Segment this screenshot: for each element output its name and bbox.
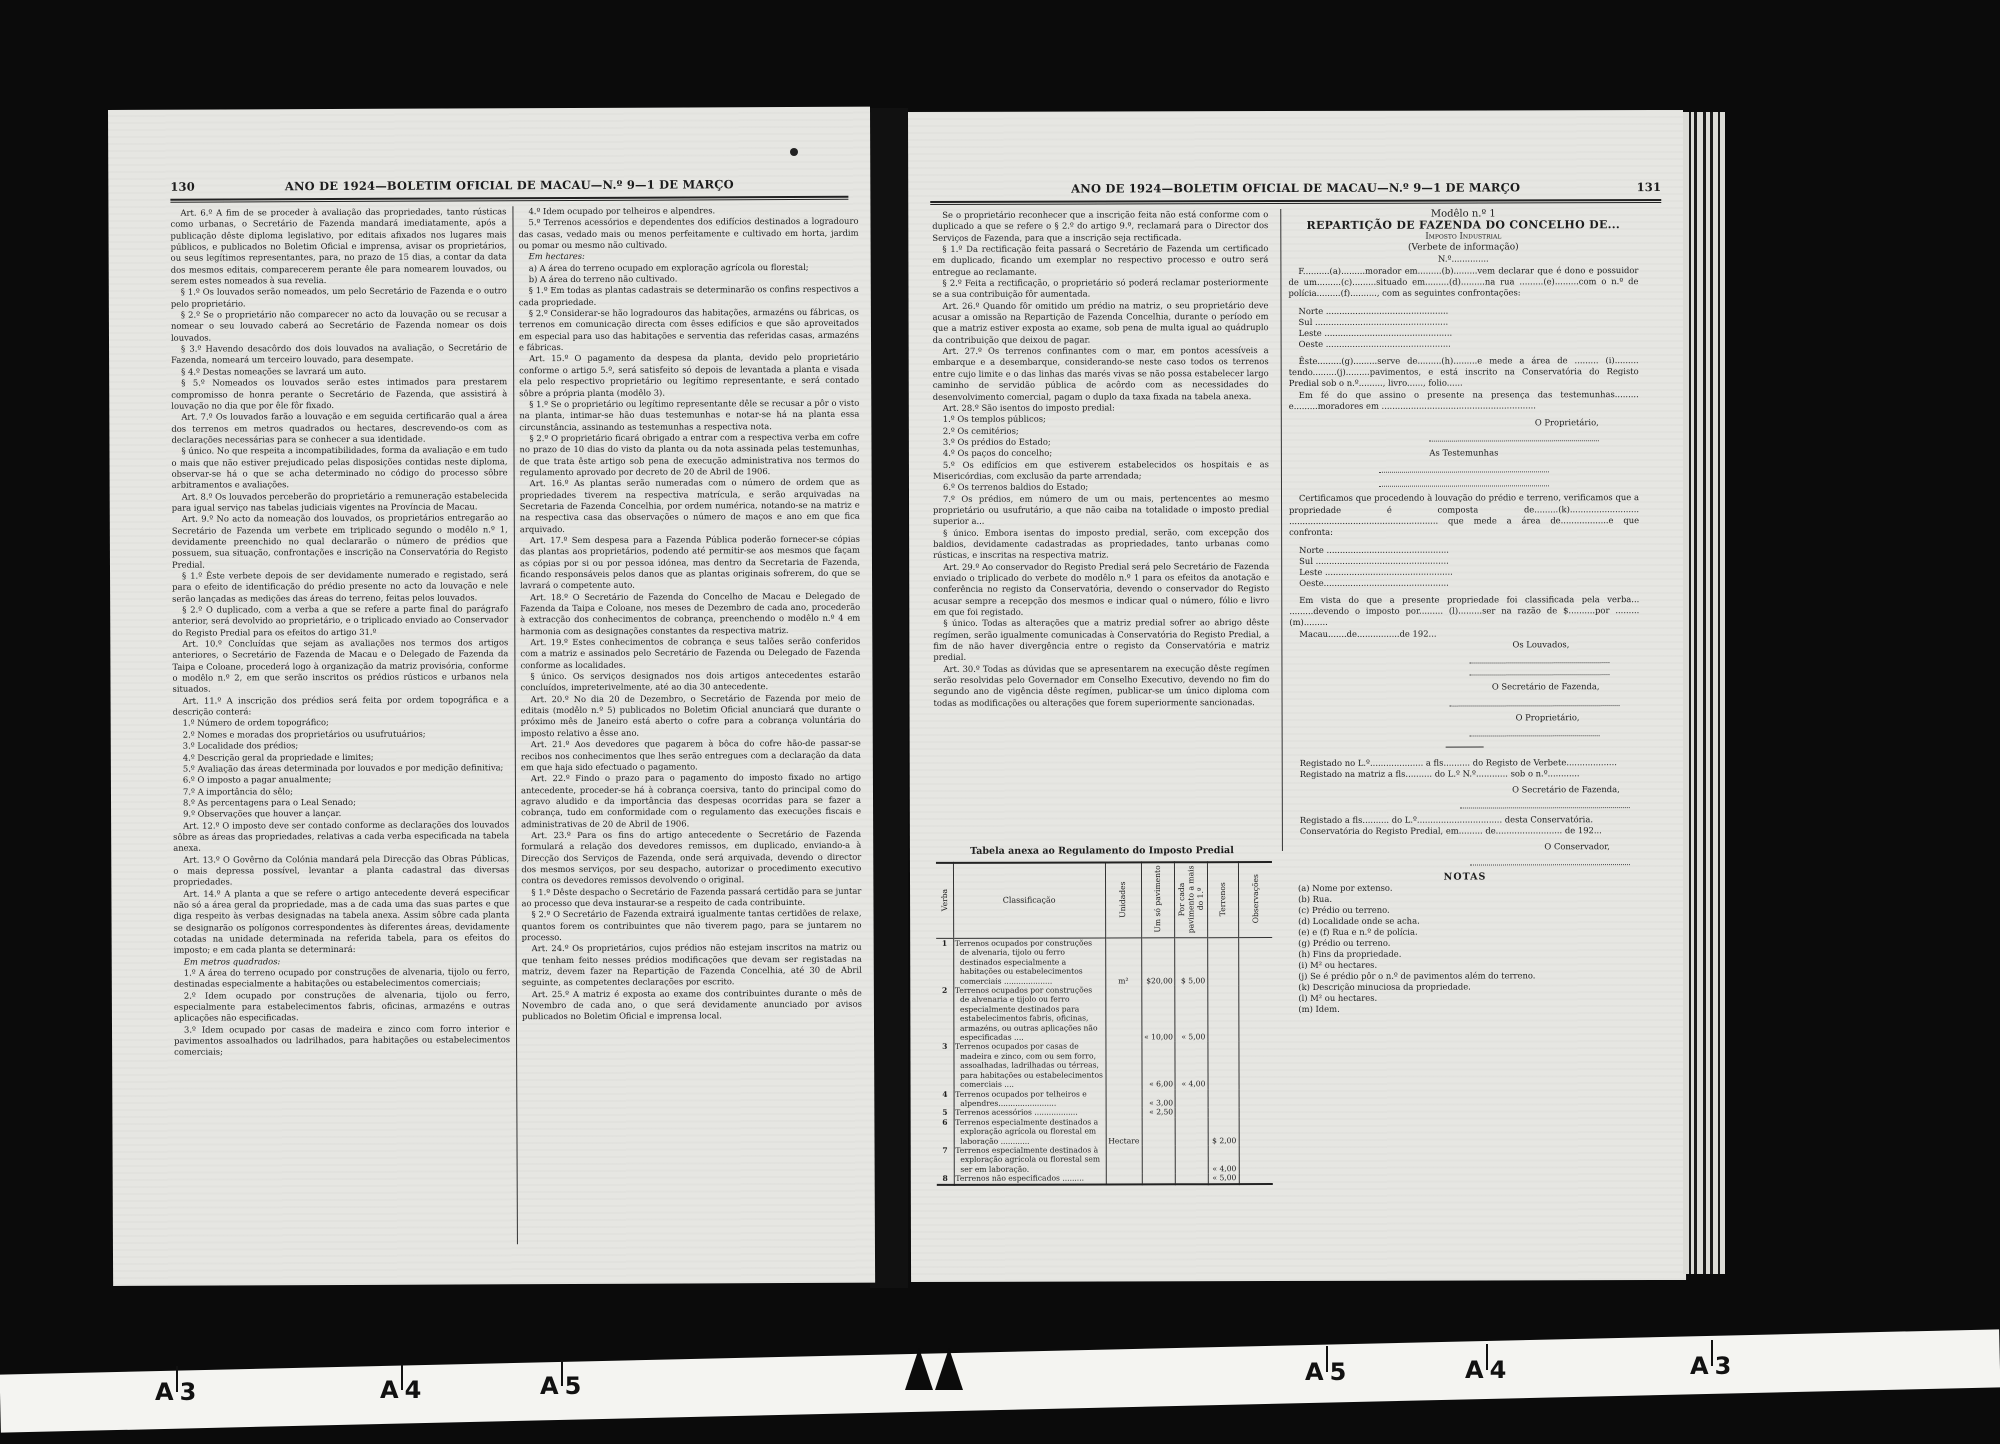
table-cell-um_so bbox=[1142, 1173, 1176, 1183]
table-cell-unidades bbox=[1106, 1042, 1142, 1089]
witnesses-label: As Testemunhas bbox=[1289, 447, 1639, 459]
signature-line bbox=[1469, 653, 1609, 663]
paragraph: Art. 10.º Concluídas que sejam as avalia… bbox=[172, 637, 508, 695]
ink-spot bbox=[790, 148, 798, 156]
frame-marker: A5 bbox=[540, 1372, 581, 1400]
table-cell-classificacao: Terrenos especialmente destinados a expl… bbox=[954, 1117, 1106, 1146]
table-cell-obs bbox=[1239, 1089, 1273, 1108]
signature-line bbox=[1460, 798, 1630, 808]
table-cell-por_cada bbox=[1176, 1173, 1208, 1183]
form-registration: Registado no L.º.................... a f… bbox=[1290, 757, 1640, 769]
table-cell-terrenos bbox=[1208, 1107, 1239, 1116]
list-item: Oeste...................................… bbox=[1299, 577, 1639, 589]
frame-notch-left bbox=[905, 1348, 933, 1390]
paragraph: 2.º Idem ocupado por construções de alve… bbox=[174, 989, 510, 1024]
table-cell-unidades: Hectare bbox=[1106, 1117, 1142, 1145]
form-paragraph: Em fé do que assino o presente na presen… bbox=[1289, 389, 1639, 413]
form-registration: Registado a fls.......... do L.º........… bbox=[1290, 814, 1640, 826]
table-row: 1Terrenos ocupados por construções de al… bbox=[936, 938, 1272, 986]
list-item: (b) Rua. bbox=[1298, 893, 1640, 905]
signature-line bbox=[1470, 855, 1630, 865]
paragraph: § 1.º Em todas as plantas cadastrais se … bbox=[519, 284, 859, 308]
list-item: (e) e (f) Rua e n.º de polícia. bbox=[1298, 926, 1640, 938]
table-cell-terrenos bbox=[1208, 1089, 1239, 1108]
table-cell-um_so bbox=[1142, 1117, 1176, 1145]
table-cell-um_so: « 2,50 bbox=[1142, 1108, 1176, 1117]
paragraph: Art. 9.º No acto da nomeação dos louvado… bbox=[172, 513, 508, 571]
paragraph: § único. No que respeita a incompatibili… bbox=[171, 444, 507, 491]
page-number: 131 bbox=[1637, 180, 1662, 194]
list-item: Sul ....................................… bbox=[1299, 316, 1639, 328]
form-tax-type: Imposto Industrial bbox=[1288, 231, 1638, 243]
paragraph: Art. 23.º Para os fins do artigo anteced… bbox=[521, 829, 861, 887]
table-cell-classificacao: Terrenos não especificados ......... bbox=[954, 1174, 1106, 1185]
paragraph: Art. 21.º Aos devedores que pagarem à bô… bbox=[521, 738, 861, 774]
table-title: Tabela anexa ao Regulamento do Imposto P… bbox=[934, 845, 1270, 857]
table-cell-classificacao: Terrenos especialmente destinados à expl… bbox=[954, 1145, 1106, 1174]
frame-marker: A3 bbox=[155, 1378, 196, 1406]
list-item: Sul ....................................… bbox=[1299, 555, 1639, 567]
table-cell-por_cada bbox=[1176, 1108, 1208, 1117]
table-cell-por_cada bbox=[1176, 1089, 1208, 1108]
signature-owner-2: O Proprietário, bbox=[1290, 712, 1640, 724]
table-header: Um só pavimento bbox=[1141, 862, 1175, 938]
table-cell-obs bbox=[1239, 1107, 1273, 1116]
table-cell-verba: 8 bbox=[937, 1174, 954, 1184]
form-certify: Certificamos que procedendo à louvação d… bbox=[1289, 492, 1639, 538]
paragraph: § único. Os serviços designados nos dois… bbox=[520, 670, 860, 694]
column-divider bbox=[512, 206, 518, 1244]
table-cell-unidades bbox=[1106, 1174, 1142, 1185]
table-cell-verba: 2 bbox=[936, 986, 953, 1042]
paragraph: § 1.º Dêste despacho o Secretário de Faz… bbox=[521, 885, 861, 909]
paragraph: Art. 15.º O pagamento da despesa da plan… bbox=[519, 352, 859, 399]
paragraph: Art. 11.º A inscrição dos prédios será f… bbox=[173, 694, 509, 718]
table-cell-obs bbox=[1239, 1042, 1273, 1089]
table-cell-por_cada: « 4,00 bbox=[1175, 1042, 1208, 1089]
paragraph: § 1.º Êste verbete depois de ser devidam… bbox=[172, 569, 508, 604]
table-header: Verba bbox=[936, 863, 953, 939]
table-cell-unidades bbox=[1105, 985, 1141, 1042]
paragraph: 3.º Os prédios do Estado; bbox=[933, 436, 1269, 448]
paragraph: 3.º Idem ocupado por casas de madeira e … bbox=[174, 1023, 510, 1058]
table-cell-obs bbox=[1239, 1173, 1273, 1183]
paragraph: Art. 30.º Todas as dúvidas que se aprese… bbox=[933, 663, 1269, 709]
notes-list: (a) Nome por extenso.(b) Rua.(c) Prédio … bbox=[1298, 882, 1640, 1015]
table-cell-um_so: $20,00 bbox=[1141, 938, 1175, 986]
paragraph: Art. 6.º A fim de se proceder à avaliaçã… bbox=[170, 206, 506, 287]
table-cell-obs bbox=[1239, 1117, 1273, 1145]
paragraph: Art. 20.º No dia 20 de Dezembro, o Secre… bbox=[521, 693, 861, 740]
signature-line bbox=[1450, 696, 1620, 706]
left-column-2: 4.º Idem ocupado por telheiros e alpendr… bbox=[518, 205, 862, 1023]
paragraph: § 2.º Se o proprietário não comparecer n… bbox=[171, 308, 507, 343]
paragraph: a) A área do terreno ocupado em exploraç… bbox=[519, 261, 859, 274]
table-row: 2Terrenos ocupados por construções de al… bbox=[936, 985, 1272, 1042]
paragraph: § 2.º O proprietário ficará obrigado a e… bbox=[519, 432, 859, 479]
frame-marker: A3 bbox=[1690, 1352, 1731, 1380]
signature-line bbox=[1429, 431, 1599, 441]
list-item: (a) Nome por extenso. bbox=[1298, 882, 1640, 894]
list-item: Oeste ..................................… bbox=[1299, 338, 1639, 350]
table-cell-terrenos bbox=[1208, 985, 1239, 1042]
paragraph: Art. 19.º Estes conhecimentos de cobranç… bbox=[520, 636, 860, 672]
paragraph: § único. Embora isentas do imposto predi… bbox=[933, 527, 1269, 562]
paragraph: Art. 18.º O Secretário de Fazenda do Con… bbox=[520, 590, 860, 637]
list-item: (i) M² ou hectares. bbox=[1298, 959, 1640, 971]
paragraph: § 1.º Se o proprietário ou legítimo repr… bbox=[519, 398, 859, 434]
paragraph: 5.º Terrenos acessórios e dependentes do… bbox=[518, 216, 858, 252]
table-cell-obs bbox=[1238, 985, 1272, 1042]
list-item: (h) Fins da propriedade. bbox=[1298, 948, 1640, 960]
table-header: Por cada pavimento a mais do 1.º bbox=[1175, 862, 1208, 938]
paragraph: § 2.º O duplicado, com a verba a que se … bbox=[172, 603, 508, 638]
paragraph: Art. 17.º Sem despesa para a Fazenda Púb… bbox=[520, 534, 860, 592]
table-cell-verba: 4 bbox=[937, 1089, 954, 1108]
form-subtitle: (Verbete de informação) bbox=[1288, 242, 1638, 254]
table-header: Classificação bbox=[953, 862, 1105, 938]
signature-secretary: O Secretário de Fazenda, bbox=[1289, 681, 1639, 693]
paragraph: Art. 29.º Ao conservador do Registo Pred… bbox=[933, 561, 1269, 619]
tax-table: VerbaClassificaçãoUnidadesUm só paviment… bbox=[936, 861, 1273, 1185]
table-cell-obs bbox=[1239, 1145, 1273, 1173]
table-cell-verba: 6 bbox=[937, 1118, 954, 1146]
paragraph: 2.º Os cemitérios; bbox=[933, 425, 1269, 437]
paragraph: 6.º Os terrenos baldios do Estado; bbox=[933, 481, 1269, 493]
table-cell-um_so: « 6,00 bbox=[1142, 1042, 1176, 1089]
table-cell-unidades bbox=[1106, 1108, 1142, 1118]
form-paragraph: Êste.........(g).........serve de.......… bbox=[1289, 355, 1639, 390]
table-header: Terrenos bbox=[1207, 862, 1238, 938]
frame-notch-right bbox=[935, 1348, 963, 1390]
table-cell-unidades bbox=[1106, 1089, 1142, 1108]
signature-line bbox=[1469, 665, 1609, 675]
list-item: (c) Prédio ou terreno. bbox=[1298, 904, 1640, 916]
paragraph: § 2.º O Secretário de Fazenda extrairá i… bbox=[521, 908, 861, 944]
table-cell-unidades: m² bbox=[1105, 938, 1141, 986]
signature-line bbox=[1379, 476, 1549, 486]
header-rule bbox=[930, 199, 1661, 205]
paragraph: Art. 7.º Os louvados farão a louvação e … bbox=[171, 410, 507, 445]
paragraph: 7.º Os prédios, em número de um ou mais,… bbox=[933, 493, 1269, 528]
section-rule bbox=[1446, 746, 1484, 747]
table-cell-terrenos: « 5,00 bbox=[1208, 1173, 1239, 1183]
paragraph: Art. 8.º Os louvados perceberão do propr… bbox=[172, 490, 508, 514]
table-cell-classificacao: Terrenos acessórios .................. bbox=[954, 1108, 1106, 1118]
table-cell-classificacao: Terrenos ocupados por casas de madeira e… bbox=[954, 1042, 1106, 1089]
form-boundaries: Norte ..................................… bbox=[1299, 544, 1639, 589]
left-page: 130 ANO DE 1924—BOLETIM OFICIAL DE MACAU… bbox=[108, 107, 875, 1286]
paragraph: Art. 12.º O imposto deve ser contado con… bbox=[173, 819, 509, 854]
table-cell-unidades bbox=[1106, 1145, 1142, 1173]
table-row: 3Terrenos ocupados por casas de madeira … bbox=[936, 1042, 1272, 1090]
table-cell-verba: 3 bbox=[936, 1042, 953, 1089]
right-page: ANO DE 1924—BOLETIM OFICIAL DE MACAU—N.º… bbox=[908, 110, 1686, 1282]
film-edge-strip bbox=[0, 1329, 2000, 1432]
paragraph: 1.º A área do terreno ocupado por constr… bbox=[174, 966, 510, 990]
signature-owner: O Proprietário, bbox=[1289, 418, 1639, 430]
paragraph: 1.º Os templos públicos; bbox=[933, 413, 1269, 425]
book-gutter bbox=[870, 108, 908, 1288]
table-cell-classificacao: Terrenos ocupados por construções de alv… bbox=[953, 986, 1105, 1043]
paragraph: Art. 25.º A matriz é exposta ao exame do… bbox=[522, 987, 862, 1023]
paragraph: 5.º Avaliação das áreas determinada por … bbox=[173, 762, 509, 775]
list-item: (g) Prédio ou terreno. bbox=[1298, 937, 1640, 949]
table-cell-um_so: « 3,00 bbox=[1142, 1089, 1176, 1108]
list-item: (k) Descrição minuciosa da propriedade. bbox=[1298, 981, 1640, 993]
form-boundaries: Norte ..................................… bbox=[1299, 305, 1639, 350]
table-row: 6Terrenos especialmente destinados a exp… bbox=[937, 1117, 1273, 1146]
list-item: (d) Localidade onde se acha. bbox=[1298, 915, 1640, 927]
table-row: 7Terrenos especialmente destinados à exp… bbox=[937, 1145, 1273, 1174]
table-cell-por_cada: « 5,00 bbox=[1175, 985, 1208, 1042]
form-office-title: REPARTIÇÃO DE FAZENDA DO CONCELHO DE... bbox=[1288, 219, 1638, 231]
table-cell-verba: 7 bbox=[937, 1146, 954, 1174]
table-cell-obs bbox=[1238, 938, 1272, 986]
table-cell-verba: 5 bbox=[937, 1108, 954, 1117]
signature-louvados: Os Louvados, bbox=[1289, 639, 1639, 651]
table-cell-terrenos: $ 2,00 bbox=[1208, 1117, 1239, 1145]
paragraph: 4.º Os paços do concelho; bbox=[933, 447, 1269, 459]
notes-title: NOTAS bbox=[1290, 871, 1640, 883]
list-item: (l) M² ou hectares. bbox=[1298, 992, 1640, 1004]
frame-marker: A4 bbox=[380, 1376, 421, 1404]
form-model-1: Modêlo n.º 1 REPARTIÇÃO DE FAZENDA DO CO… bbox=[1288, 208, 1640, 1015]
paragraph: Art. 13.º O Govêrno da Colónia mandará p… bbox=[173, 853, 509, 888]
table-row: 8Terrenos não especificados .........« 5… bbox=[937, 1173, 1273, 1184]
table-cell-classificacao: Terrenos ocupados por telheiros e alpend… bbox=[954, 1089, 1106, 1108]
running-head-title: ANO DE 1924—BOLETIM OFICIAL DE MACAU—N.º… bbox=[170, 177, 848, 194]
form-number: N.º.............. bbox=[1288, 253, 1638, 265]
table-cell-um_so: « 10,00 bbox=[1141, 985, 1175, 1042]
paragraph: Art. 14.º A planta a que se refere o art… bbox=[173, 887, 509, 957]
list-item: Norte ..................................… bbox=[1299, 305, 1639, 317]
paragraph: Art. 24.º Os proprietários, cujos prédio… bbox=[522, 942, 862, 989]
signature-line bbox=[1379, 462, 1549, 472]
list-item: Leste ..................................… bbox=[1299, 327, 1639, 339]
paragraph: 5.º Os edifícios em que estiverem estabe… bbox=[933, 459, 1269, 483]
form-registration: Conservatória do Registo Predial, em....… bbox=[1290, 825, 1640, 837]
column-divider bbox=[1280, 209, 1283, 851]
paragraph: Se o proprietário reconhecer que a inscr… bbox=[932, 209, 1268, 244]
table-cell-um_so bbox=[1142, 1145, 1176, 1173]
paragraph: Art. 28.º São isentos do imposto predial… bbox=[933, 402, 1269, 414]
table-header: Observações bbox=[1238, 862, 1272, 938]
paragraph: § 5.º Nomeados os louvados serão estes i… bbox=[171, 376, 507, 411]
table-cell-classificacao: Terrenos ocupados por construções de alv… bbox=[953, 938, 1105, 986]
table-row: 4Terrenos ocupados por telheiros e alpen… bbox=[937, 1089, 1273, 1109]
paragraph: Art. 16.º As plantas serão numeradas com… bbox=[520, 477, 860, 535]
table-cell-por_cada bbox=[1176, 1117, 1208, 1145]
form-classified: Em vista do que a presente propriedade f… bbox=[1289, 594, 1639, 629]
paragraph: § 2.º Considerar-se hão logradouros das … bbox=[519, 307, 859, 354]
page-edges bbox=[1683, 112, 1733, 1274]
paragraph: § 1.º Os louvados serão nomeados, um pel… bbox=[171, 286, 507, 310]
table-header: Unidades bbox=[1105, 862, 1141, 938]
list-item: (m) Idem. bbox=[1298, 1003, 1640, 1015]
list-item: Leste ..................................… bbox=[1299, 566, 1639, 578]
frame-marker: A5 bbox=[1305, 1358, 1346, 1386]
paragraph: § 3.º Havendo desacôrdo dos dois louvado… bbox=[171, 342, 507, 366]
list-item: Norte ..................................… bbox=[1299, 544, 1639, 556]
paragraph: § 1.º Da rectificação feita passará o Se… bbox=[932, 243, 1268, 278]
signature-secretary-2: O Secretário de Fazenda, bbox=[1290, 784, 1640, 796]
table-cell-terrenos bbox=[1208, 938, 1239, 986]
paragraph: § 2.º Feita a rectificação, o proprietár… bbox=[932, 277, 1268, 301]
signature-line bbox=[1470, 726, 1600, 736]
paragraph: Art. 27.º Os terrenos confinantes com o … bbox=[933, 345, 1269, 403]
left-column-1: Art. 6.º A fim de se proceder à avaliaçã… bbox=[170, 206, 510, 1058]
list-item: (j) Se é prédio pôr o n.º de pavimentos … bbox=[1298, 970, 1640, 982]
signature-conservator: O Conservador, bbox=[1290, 841, 1640, 853]
paragraph: Art. 22.º Findo o prazo para o pagamento… bbox=[521, 772, 861, 830]
form-place-date: Macau.......de................de 192... bbox=[1289, 628, 1639, 640]
table-cell-por_cada bbox=[1176, 1145, 1208, 1173]
form-intro: F..........(a).........morador em.......… bbox=[1288, 265, 1638, 300]
table-cell-por_cada: $ 5,00 bbox=[1175, 938, 1208, 986]
frame-marker: A4 bbox=[1465, 1356, 1506, 1384]
table-cell-terrenos: « 4,00 bbox=[1208, 1145, 1239, 1173]
table-cell-terrenos bbox=[1208, 1042, 1239, 1089]
paragraph: Art. 26.º Quando fôr omitido um prédio n… bbox=[932, 300, 1268, 346]
right-column-1: Se o proprietário reconhecer que a inscr… bbox=[932, 209, 1269, 709]
table-cell-verba: 1 bbox=[936, 938, 953, 986]
running-head-title: ANO DE 1924—BOLETIM OFICIAL DE MACAU—N.º… bbox=[930, 180, 1661, 196]
form-registration: Registado na matriz a fls.......... do L… bbox=[1290, 768, 1640, 780]
paragraph: § único. Todas as alterações que a matri… bbox=[933, 617, 1269, 663]
